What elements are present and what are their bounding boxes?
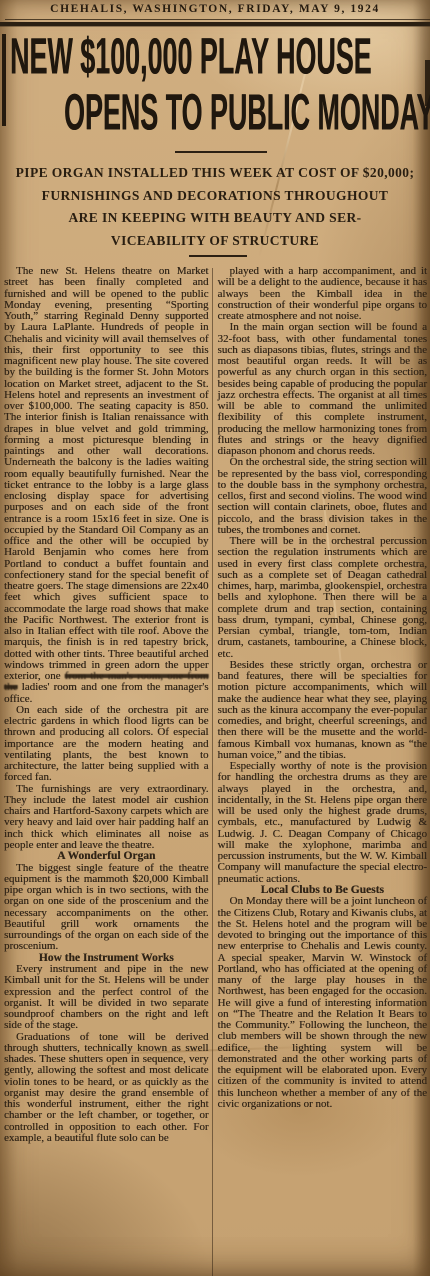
left-edge-column-rule bbox=[2, 34, 6, 126]
paragraph-lead: The new St. Helens theatre on Market str… bbox=[4, 266, 209, 705]
paragraph: The biggest single feature of the theatr… bbox=[4, 863, 209, 953]
headline-divider-rule bbox=[175, 151, 267, 153]
paragraph: Especially worthy of note is the provisi… bbox=[218, 761, 428, 885]
section-heading-wonderful-organ: A Wonderful Organ bbox=[4, 851, 209, 863]
top-rule-thin bbox=[5, 19, 430, 20]
paragraph: Every instrument and pipe in the new Kim… bbox=[4, 964, 209, 1032]
top-rule-thick bbox=[0, 22, 430, 26]
paragraph: On Monday there will be a joint luncheon… bbox=[218, 896, 428, 1110]
subheadline-line3: ARE IN KEEPING WITH BEAUTY AND SER- bbox=[0, 207, 430, 230]
right-column: played with a harp accompaniment, and it… bbox=[218, 266, 428, 1144]
subheadline: PIPE ORGAN INSTALLED THIS WEEK AT COST O… bbox=[0, 162, 430, 252]
headline-line2: OPENS TO PUBLIC MONDAY bbox=[64, 88, 430, 139]
paragraph: played with a harp accompaniment, and it… bbox=[218, 266, 428, 322]
headline-line1: NEW $100,000 PLAY HOUSE bbox=[10, 32, 372, 83]
subheadline-line4: VICEABILITY OF STRUCTURE bbox=[0, 230, 430, 253]
paragraph: There will be in the orchestral percussi… bbox=[218, 536, 428, 660]
paragraph: The furnishings are very extraordinary. … bbox=[4, 784, 209, 852]
subheadline-line2: FURNISHINGS AND DECORATIONS THROUGHOUT bbox=[0, 185, 430, 208]
paragraph: Graduations of tone will be derived thro… bbox=[4, 1032, 209, 1145]
paragraph: On each side of the orchestra pit are el… bbox=[4, 705, 209, 784]
left-column: The new St. Helens theatre on Market str… bbox=[4, 266, 209, 1144]
newspaper-clipping: CHEHALIS, WASHINGTON, FRIDAY, MAY 9, 192… bbox=[0, 0, 430, 1276]
dateline: CHEHALIS, WASHINGTON, FRIDAY, MAY 9, 192… bbox=[0, 3, 430, 15]
subheadline-line1: PIPE ORGAN INSTALLED THIS WEEK AT COST O… bbox=[0, 162, 430, 185]
article-body: The new St. Helens theatre on Market str… bbox=[4, 266, 427, 1144]
paragraph-lead-end: ladies' room and one from the manager's … bbox=[4, 681, 209, 704]
paragraph: Besides these strictly organ, orchestra … bbox=[218, 660, 428, 761]
paragraph: In the main organ section will be found … bbox=[218, 322, 428, 457]
subheadline-divider-rule bbox=[189, 255, 247, 257]
paragraph: On the orchestral side, the string secti… bbox=[218, 457, 428, 536]
paragraph-lead-text: The new St. Helens theatre on Market str… bbox=[4, 265, 209, 682]
